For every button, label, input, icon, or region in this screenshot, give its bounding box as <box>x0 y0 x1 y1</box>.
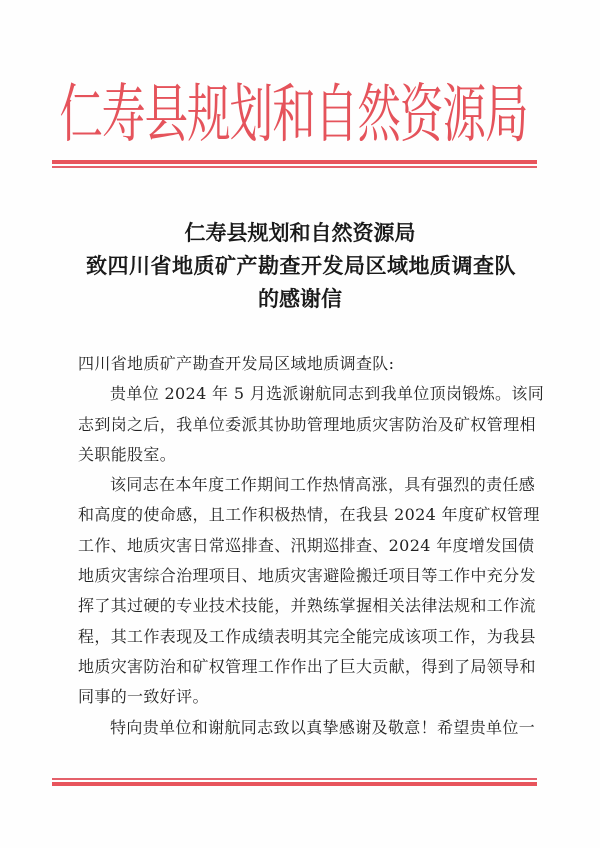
paragraph-2: 该同志在本年度工作期间工作热情高涨，具有强烈的责任感 和高度的使命感，且工作积极… <box>78 470 524 712</box>
paragraph-line: 志到岗之后，我单位委派其协助管理地质灾害防治及矿权管理相 <box>78 410 524 440</box>
letter-title: 仁寿县规划和自然资源局 致四川省地质矿产勘查开发局区域地质调查队 的感谢信 <box>0 216 600 315</box>
footer-rule-thin <box>52 778 537 780</box>
paragraph-1: 贵单位 2024 年 5 月选派谢航同志到我单位顶岗锻炼。该同 志到岗之后，我单… <box>78 379 524 470</box>
paragraph-line: 挥了其过硬的专业技术技能，并熟练掌握相关法律法规和工作流 <box>78 591 524 621</box>
paragraph-line: 特向贵单位和谢航同志致以真挚感谢及敬意！希望贵单位一 <box>78 713 524 743</box>
footer-rule-thick <box>52 782 537 786</box>
paragraph-line: 地质灾害防治和矿权管理工作作出了巨大贡献，得到了局领导和 <box>78 652 524 682</box>
paragraph-line: 和高度的使命感，且工作积极热情，在我县 2024 年度矿权管理 <box>78 500 524 530</box>
paragraph-3: 特向贵单位和谢航同志致以真挚感谢及敬意！希望贵单位一 <box>78 713 524 743</box>
letter-title-line-3: 的感谢信 <box>0 282 600 315</box>
paragraph-line: 地质灾害综合治理项目、地质灾害避险搬迁项目等工作中充分发 <box>78 561 524 591</box>
letter-title-line-1: 仁寿县规划和自然资源局 <box>0 216 600 249</box>
letterhead-title: 仁寿县规划和自然资源局 <box>59 84 527 148</box>
salutation: 四川省地质矿产勘查开发局区域地质调查队: <box>78 349 524 379</box>
paragraph-line: 贵单位 2024 年 5 月选派谢航同志到我单位顶岗锻炼。该同 <box>78 379 524 409</box>
letterhead: 仁寿县规划和自然资源局 <box>0 74 600 154</box>
letter-page: 仁寿县规划和自然资源局 仁寿县规划和自然资源局 致四川省地质矿产勘查开发局区域地… <box>0 0 600 848</box>
paragraph-line: 同事的一致好评。 <box>78 682 524 712</box>
letter-title-line-2: 致四川省地质矿产勘查开发局区域地质调查队 <box>2 249 600 282</box>
paragraph-line: 程，其工作表现及工作成绩表明其完全能完成该项工作，为我县 <box>78 622 524 652</box>
letterhead-rule-thick <box>52 160 537 164</box>
paragraph-line: 工作、地质灾害日常巡排查、汛期巡排查、2024 年度增发国债 <box>78 531 524 561</box>
paragraph-line: 关职能股室。 <box>78 440 524 470</box>
letter-body: 四川省地质矿产勘查开发局区域地质调查队: 贵单位 2024 年 5 月选派谢航同… <box>78 349 524 743</box>
paragraph-line: 该同志在本年度工作期间工作热情高涨，具有强烈的责任感 <box>78 470 524 500</box>
letterhead-rule-thin <box>52 166 537 168</box>
